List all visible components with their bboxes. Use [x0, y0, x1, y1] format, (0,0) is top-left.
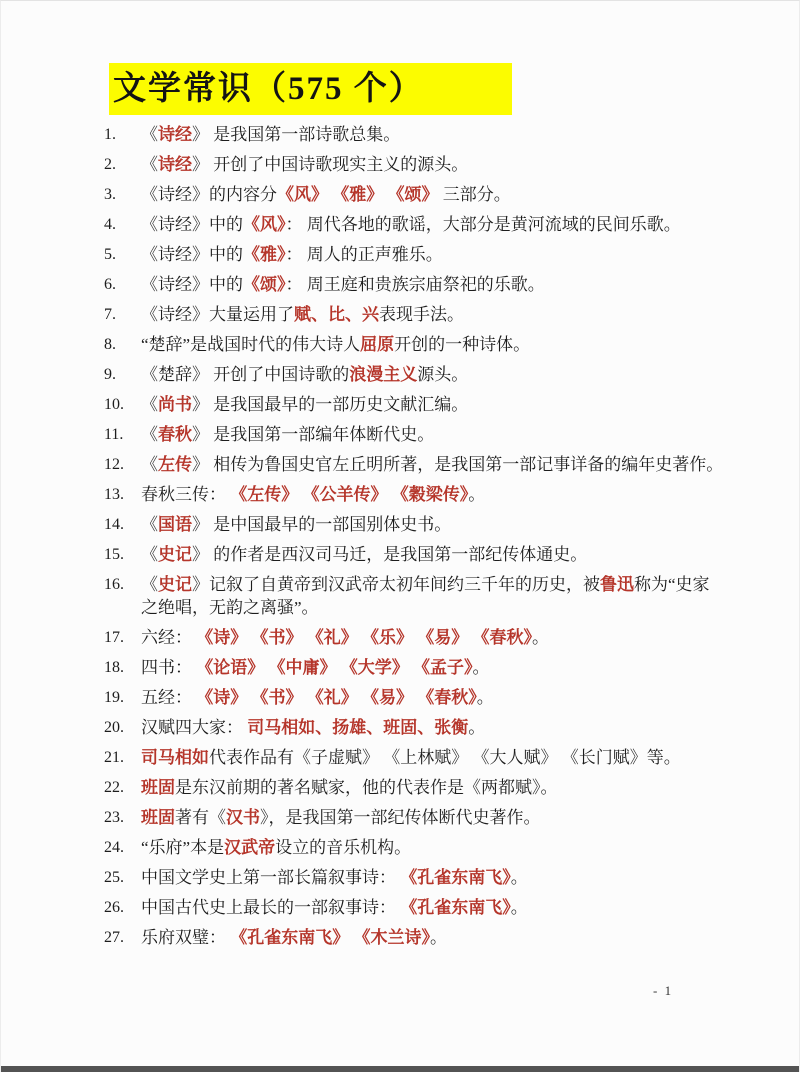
- list-item: 5.《诗经》中的《雅》： 周人的正声雅乐。: [104, 243, 744, 266]
- plain-text: 。: [511, 868, 528, 887]
- highlighted-term: 汉书: [226, 808, 260, 827]
- item-number: 8.: [104, 333, 141, 356]
- list-item: 11.《春秋》 是我国第一部编年体断代史。: [104, 423, 744, 446]
- item-text: 《诗经》中的《颂》： 周王庭和贵族宗庙祭祀的乐歌。: [141, 273, 726, 296]
- document-page: 文学常识（575 个） 1.《诗经》 是我国第一部诗歌总集。2.《诗经》 开创了…: [0, 0, 800, 1072]
- plain-text: 《: [141, 575, 158, 594]
- plain-text: 源头。: [417, 365, 468, 384]
- highlighted-term: 鲁迅: [600, 575, 634, 594]
- item-text: 五经： 《诗》 《书》 《礼》 《易》 《春秋》。: [141, 686, 726, 709]
- item-text: 《诗经》 开创了中国诗歌现实主义的源头。: [141, 153, 726, 176]
- list-item: 19.五经： 《诗》 《书》 《礼》 《易》 《春秋》。: [104, 686, 744, 709]
- item-number: 15.: [104, 543, 141, 566]
- plain-text: 》 开创了中国诗歌现实主义的源头。: [192, 155, 468, 174]
- list-item: 24.“乐府”本是汉武帝设立的音乐机构。: [104, 836, 744, 859]
- item-number: 11.: [104, 423, 141, 446]
- item-number: 6.: [104, 273, 141, 296]
- plain-text: 开创的一种诗体。: [394, 335, 530, 354]
- plain-text: 》记叙了自黄帝到汉武帝太初年间约三千年的历史，被: [192, 575, 600, 594]
- plain-text: 中国文学史上第一部长篇叙事诗：: [141, 868, 400, 887]
- item-number: 10.: [104, 393, 141, 416]
- highlighted-term: 《左传》 《公羊传》 《穀梁传》: [230, 485, 468, 504]
- highlighted-term: 《孔雀东南飞》: [400, 868, 511, 887]
- item-text: 汉赋四大家： 司马相如、扬雄、班固、张衡。: [141, 716, 726, 739]
- list-item: 7.《诗经》大量运用了赋、比、兴表现手法。: [104, 303, 744, 326]
- highlighted-term: 左传: [158, 455, 192, 474]
- plain-text: 。: [511, 898, 528, 917]
- highlighted-term: 国语: [158, 515, 192, 534]
- plain-text: 四书：: [141, 658, 196, 677]
- highlighted-term: 司马相如、扬雄、班固、张衡: [247, 718, 468, 737]
- plain-text: 《: [141, 125, 158, 144]
- item-number: 7.: [104, 303, 141, 326]
- item-number: 21.: [104, 746, 141, 769]
- highlighted-term: 史记: [158, 575, 192, 594]
- item-text: 《史记》 的作者是西汉司马迁，是我国第一部纪传体通史。: [141, 543, 726, 566]
- highlighted-term: 史记: [158, 545, 192, 564]
- plain-text: 》 是我国第一部诗歌总集。: [192, 125, 400, 144]
- list-item: 2.《诗经》 开创了中国诗歌现实主义的源头。: [104, 153, 744, 176]
- page-number: - 1: [653, 983, 673, 999]
- item-text: “楚辞”是战国时代的伟大诗人屈原开创的一种诗体。: [141, 333, 726, 356]
- list-item: 3.《诗经》的内容分《风》 《雅》 《颂》 三部分。: [104, 183, 744, 206]
- highlighted-term: 《孔雀东南飞》 《木兰诗》: [230, 928, 430, 947]
- item-number: 27.: [104, 926, 141, 949]
- item-text: 司马相如代表作品有《子虚赋》 《上林赋》 《大人赋》 《长门赋》等。: [141, 746, 726, 769]
- list-item: 26.中国古代史上最长的一部叙事诗： 《孔雀东南飞》。: [104, 896, 744, 919]
- list-item: 25.中国文学史上第一部长篇叙事诗： 《孔雀东南飞》。: [104, 866, 744, 889]
- plain-text: 《: [141, 155, 158, 174]
- item-number: 25.: [104, 866, 141, 889]
- plain-text: 。: [477, 688, 494, 707]
- plain-text: 乐府双璧：: [141, 928, 230, 947]
- title-highlight: 文学常识（575 个）: [109, 63, 512, 115]
- item-text: 《诗经》 是我国第一部诗歌总集。: [141, 123, 726, 146]
- plain-text: 三部分。: [439, 185, 511, 204]
- item-text: 班固著有《汉书》，是我国第一部纪传体断代史著作。: [141, 806, 726, 829]
- list-item: 9.《楚辞》 开创了中国诗歌的浪漫主义源头。: [104, 363, 744, 386]
- list-item: 17.六经： 《诗》 《书》 《礼》 《乐》 《易》 《春秋》。: [104, 626, 744, 649]
- plain-text: 《诗经》的内容分: [141, 185, 277, 204]
- photo-bottom-edge: [1, 1066, 799, 1072]
- item-number: 24.: [104, 836, 141, 859]
- item-text: 《诗经》中的《风》： 周代各地的歌谣，大部分是黄河流域的民间乐歌。: [141, 213, 726, 236]
- item-text: 《诗经》的内容分《风》 《雅》 《颂》 三部分。: [141, 183, 726, 206]
- plain-text: 《诗经》中的: [141, 275, 243, 294]
- item-text: 《国语》 是中国最早的一部国别体史书。: [141, 513, 726, 536]
- item-number: 3.: [104, 183, 141, 206]
- plain-text: 《诗经》中的: [141, 215, 243, 234]
- highlighted-term: 诗经: [158, 125, 192, 144]
- item-number: 12.: [104, 453, 141, 476]
- highlighted-term: 《孔雀东南飞》: [400, 898, 511, 917]
- list-item: 6.《诗经》中的《颂》： 周王庭和贵族宗庙祭祀的乐歌。: [104, 273, 744, 296]
- plain-text: 《: [141, 455, 158, 474]
- plain-text: 》，是我国第一部纪传体断代史著作。: [260, 808, 541, 827]
- list-item: 15.《史记》 的作者是西汉司马迁，是我国第一部纪传体通史。: [104, 543, 744, 566]
- list-item: 10.《尚书》 是我国最早的一部历史文献汇编。: [104, 393, 744, 416]
- highlighted-term: 《诗》 《书》 《礼》 《乐》 《易》 《春秋》: [196, 628, 532, 647]
- page-title: 文学常识（575 个）: [109, 63, 512, 115]
- item-number: 13.: [104, 483, 141, 506]
- highlighted-term: 《风》 《雅》 《颂》: [277, 185, 439, 204]
- item-text: 《尚书》 是我国最早的一部历史文献汇编。: [141, 393, 726, 416]
- item-number: 20.: [104, 716, 141, 739]
- highlighted-term: 诗经: [158, 155, 192, 174]
- list-item: 12.《左传》 相传为鲁国史官左丘明所著，是我国第一部记事详备的编年史著作。: [104, 453, 744, 476]
- plain-text: ： 周王庭和贵族宗庙祭祀的乐歌。: [286, 275, 545, 294]
- plain-text: 春秋三传：: [141, 485, 230, 504]
- plain-text: 表现手法。: [379, 305, 464, 324]
- item-number: 2.: [104, 153, 141, 176]
- list-item: 27.乐府双璧： 《孔雀东南飞》 《木兰诗》。: [104, 926, 744, 949]
- plain-text: 。: [532, 628, 549, 647]
- item-text: 《史记》记叙了自黄帝到汉武帝太初年间约三千年的历史，被鲁迅称为“史家之绝唱，无韵…: [141, 573, 726, 619]
- plain-text: 《楚辞》 开创了中国诗歌的: [141, 365, 349, 384]
- list-item: 1.《诗经》 是我国第一部诗歌总集。: [104, 123, 744, 146]
- plain-text: 六经：: [141, 628, 196, 647]
- plain-text: 。: [473, 658, 490, 677]
- plain-text: 五经：: [141, 688, 196, 707]
- plain-text: 》 是中国最早的一部国别体史书。: [192, 515, 451, 534]
- plain-text: ： 周代各地的歌谣，大部分是黄河流域的民间乐歌。: [286, 215, 681, 234]
- item-text: 《诗经》中的《雅》： 周人的正声雅乐。: [141, 243, 726, 266]
- highlighted-term: 浪漫主义: [349, 365, 417, 384]
- list-item: 4.《诗经》中的《风》： 周代各地的歌谣，大部分是黄河流域的民间乐歌。: [104, 213, 744, 236]
- plain-text: ： 周人的正声雅乐。: [286, 245, 443, 264]
- item-text: 中国古代史上最长的一部叙事诗： 《孔雀东南飞》。: [141, 896, 726, 919]
- item-number: 17.: [104, 626, 141, 649]
- plain-text: 》 的作者是西汉司马迁，是我国第一部纪传体通史。: [192, 545, 587, 564]
- plain-text: 汉赋四大家：: [141, 718, 247, 737]
- list-item: 16.《史记》记叙了自黄帝到汉武帝太初年间约三千年的历史，被鲁迅称为“史家之绝唱…: [104, 573, 744, 619]
- item-number: 16.: [104, 573, 141, 596]
- plain-text: 《: [141, 515, 158, 534]
- item-text: 《春秋》 是我国第一部编年体断代史。: [141, 423, 726, 446]
- item-text: “乐府”本是汉武帝设立的音乐机构。: [141, 836, 726, 859]
- highlighted-term: 司马相如: [141, 748, 209, 767]
- highlighted-term: 《雅》: [243, 245, 286, 264]
- item-text: 乐府双璧： 《孔雀东南飞》 《木兰诗》。: [141, 926, 726, 949]
- highlighted-term: 《论语》 《中庸》 《大学》 《孟子》: [196, 658, 472, 677]
- plain-text: “楚辞”是战国时代的伟大诗人: [141, 335, 360, 354]
- list-item: 8.“楚辞”是战国时代的伟大诗人屈原开创的一种诗体。: [104, 333, 744, 356]
- plain-text: 》 相传为鲁国史官左丘明所著，是我国第一部记事详备的编年史著作。: [192, 455, 723, 474]
- item-number: 4.: [104, 213, 141, 236]
- item-text: 春秋三传： 《左传》 《公羊传》 《穀梁传》。: [141, 483, 726, 506]
- list-item: 14.《国语》 是中国最早的一部国别体史书。: [104, 513, 744, 536]
- plain-text: 代表作品有《子虚赋》 《上林赋》 《大人赋》 《长门赋》等。: [209, 748, 681, 767]
- highlighted-term: 赋、比、兴: [294, 305, 379, 324]
- highlighted-term: 《颂》: [243, 275, 286, 294]
- list-item: 21.司马相如代表作品有《子虚赋》 《上林赋》 《大人赋》 《长门赋》等。: [104, 746, 744, 769]
- knowledge-list: 1.《诗经》 是我国第一部诗歌总集。2.《诗经》 开创了中国诗歌现实主义的源头。…: [104, 123, 744, 956]
- highlighted-term: 汉武帝: [224, 838, 275, 857]
- highlighted-term: 班固: [141, 808, 175, 827]
- list-item: 20.汉赋四大家： 司马相如、扬雄、班固、张衡。: [104, 716, 744, 739]
- plain-text: 著有《: [175, 808, 226, 827]
- plain-text: 《诗经》中的: [141, 245, 243, 264]
- highlighted-term: 春秋: [158, 425, 192, 444]
- item-number: 19.: [104, 686, 141, 709]
- plain-text: 中国古代史上最长的一部叙事诗：: [141, 898, 400, 917]
- item-number: 5.: [104, 243, 141, 266]
- highlighted-term: 屈原: [360, 335, 394, 354]
- highlighted-term: 班固: [141, 778, 175, 797]
- highlighted-term: 《诗》 《书》 《礼》 《易》 《春秋》: [196, 688, 477, 707]
- plain-text: 。: [430, 928, 447, 947]
- highlighted-term: 尚书: [158, 395, 192, 414]
- item-number: 22.: [104, 776, 141, 799]
- plain-text: 《: [141, 425, 158, 444]
- plain-text: 》 是我国最早的一部历史文献汇编。: [192, 395, 468, 414]
- plain-text: 设立的音乐机构。: [275, 838, 411, 857]
- highlighted-term: 《风》: [243, 215, 286, 234]
- item-number: 9.: [104, 363, 141, 386]
- list-item: 18.四书： 《论语》 《中庸》 《大学》 《孟子》。: [104, 656, 744, 679]
- item-text: 《楚辞》 开创了中国诗歌的浪漫主义源头。: [141, 363, 726, 386]
- item-text: 中国文学史上第一部长篇叙事诗： 《孔雀东南飞》。: [141, 866, 726, 889]
- item-text: 四书： 《论语》 《中庸》 《大学》 《孟子》。: [141, 656, 726, 679]
- item-number: 14.: [104, 513, 141, 536]
- item-text: 《左传》 相传为鲁国史官左丘明所著，是我国第一部记事详备的编年史著作。: [141, 453, 726, 476]
- item-number: 1.: [104, 123, 141, 146]
- item-number: 26.: [104, 896, 141, 919]
- plain-text: “乐府”本是: [141, 838, 224, 857]
- plain-text: 《诗经》大量运用了: [141, 305, 294, 324]
- item-number: 23.: [104, 806, 141, 829]
- plain-text: 《: [141, 545, 158, 564]
- list-item: 22.班固是东汉前期的著名赋家，他的代表作是《两都赋》。: [104, 776, 744, 799]
- list-item: 23.班固著有《汉书》，是我国第一部纪传体断代史著作。: [104, 806, 744, 829]
- item-text: 《诗经》大量运用了赋、比、兴表现手法。: [141, 303, 726, 326]
- plain-text: 》 是我国第一部编年体断代史。: [192, 425, 434, 444]
- list-item: 13.春秋三传： 《左传》 《公羊传》 《穀梁传》。: [104, 483, 744, 506]
- plain-text: 是东汉前期的著名赋家，他的代表作是《两都赋》。: [175, 778, 558, 797]
- item-text: 六经： 《诗》 《书》 《礼》 《乐》 《易》 《春秋》。: [141, 626, 726, 649]
- plain-text: 。: [468, 718, 485, 737]
- item-number: 18.: [104, 656, 141, 679]
- plain-text: 。: [468, 485, 485, 504]
- plain-text: 《: [141, 395, 158, 414]
- item-text: 班固是东汉前期的著名赋家，他的代表作是《两都赋》。: [141, 776, 726, 799]
